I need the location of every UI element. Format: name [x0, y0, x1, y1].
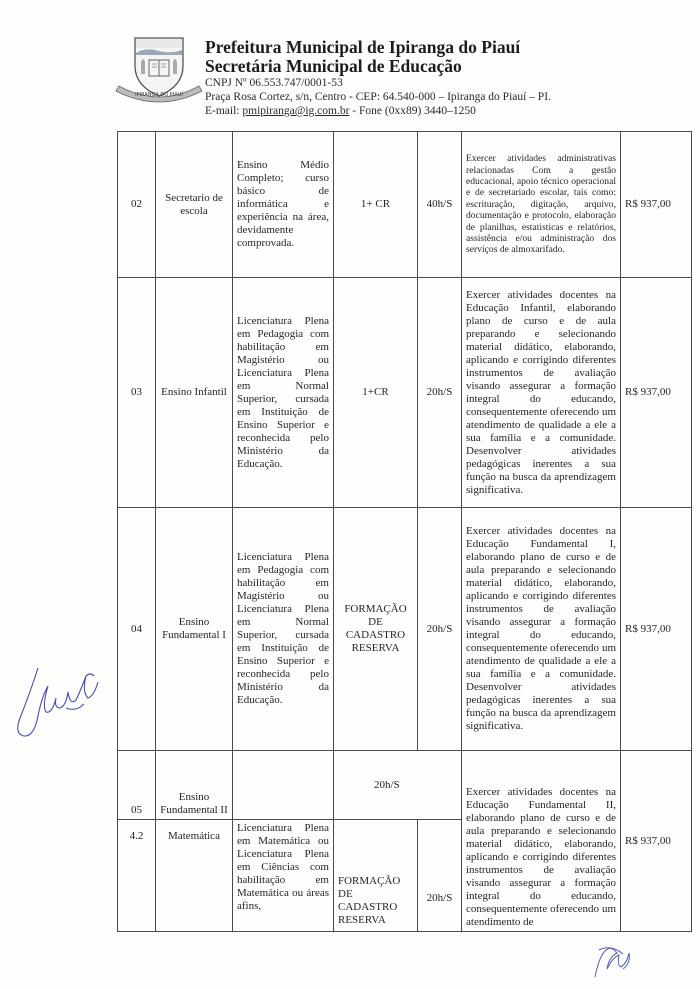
position-name: Matemática — [156, 820, 233, 932]
signature-left-margin — [8, 648, 108, 743]
hours: 20h/S — [418, 820, 462, 932]
table-row: 03 Ensino Infantil Licenciatura Plena em… — [118, 278, 692, 508]
position-name: Ensino Fundamental II — [156, 751, 233, 820]
org-name: Prefeitura Municipal de Ipiranga do Piau… — [205, 38, 551, 57]
phone: - Fone (0xx89) 3440–1250 — [349, 105, 476, 117]
position-name: Secretario de escola — [156, 132, 233, 278]
salary: R$ 937,00 — [621, 508, 692, 751]
salary: R$ 937,00 — [621, 751, 692, 932]
table-row: 02 Secretario de escola Ensino Médio Com… — [118, 132, 692, 278]
contact-line: E-mail: pmipiranga@ig.com.br - Fone (0xx… — [205, 104, 551, 118]
row-number: 4.2 — [118, 820, 156, 932]
letterhead-text: Prefeitura Municipal de Ipiranga do Piau… — [205, 38, 551, 118]
requirements: Ensino Médio Completo; curso básico de i… — [233, 132, 334, 278]
requirements: Licenciatura Plena em Pedagogia com habi… — [233, 278, 334, 508]
svg-text:IPIRANGA DO PIAUÍ: IPIRANGA DO PIAUÍ — [135, 91, 183, 98]
duties: Exercer atividades docentes na Educação … — [462, 751, 621, 932]
salary: R$ 937,00 — [621, 278, 692, 508]
duties: Exercer atividades administrativas relac… — [462, 132, 621, 278]
signature-bottom-right — [585, 942, 640, 982]
hours: 40h/S — [418, 132, 462, 278]
hours: 20h/S — [334, 751, 462, 820]
requirements: Licenciatura Plena em Matemática ou Lice… — [233, 820, 334, 932]
positions-table: 02 Secretario de escola Ensino Médio Com… — [117, 131, 692, 932]
row-number: 05 — [118, 751, 156, 820]
duties: Exercer atividades docentes na Educação … — [462, 278, 621, 508]
duties: Exercer atividades docentes na Educação … — [462, 508, 621, 751]
requirements — [233, 751, 334, 820]
cnpj: CNPJ Nº 06.553.747/0001-53 — [205, 76, 551, 90]
row-number: 02 — [118, 132, 156, 278]
email-label: E-mail: — [205, 105, 242, 117]
row-number: 04 — [118, 508, 156, 751]
address: Praça Rosa Cortez, s/n, Centro - CEP: 64… — [205, 90, 551, 104]
hours: 20h/S — [418, 508, 462, 751]
position-name: Ensino Infantil — [156, 278, 233, 508]
department-name: Secretária Municipal de Educação — [205, 57, 551, 76]
salary: R$ 937,00 — [621, 132, 692, 278]
requirements: Licenciatura Plena em Pedagogia com habi… — [233, 508, 334, 751]
vacancies: FORMAÇÃO DE CADASTRO RESERVA — [334, 508, 418, 751]
vacancies: 1+ CR — [334, 132, 418, 278]
letterhead: IPIRANGA DO PIAUÍ Prefeitura Municipal d… — [113, 30, 693, 125]
hours: 20h/S — [418, 278, 462, 508]
position-name: Ensino Fundamental I — [156, 508, 233, 751]
table-row: 05 Ensino Fundamental II 20h/S Exercer a… — [118, 751, 692, 820]
row-number: 03 — [118, 278, 156, 508]
email-link[interactable]: pmipiranga@ig.com.br — [242, 105, 349, 117]
vacancies: FORMAÇÃO DE CADASTRO RESERVA — [334, 820, 418, 932]
table-row: 04 Ensino Fundamental I Licenciatura Ple… — [118, 508, 692, 751]
coat-of-arms-icon: IPIRANGA DO PIAUÍ — [113, 34, 205, 106]
vacancies: 1+CR — [334, 278, 418, 508]
